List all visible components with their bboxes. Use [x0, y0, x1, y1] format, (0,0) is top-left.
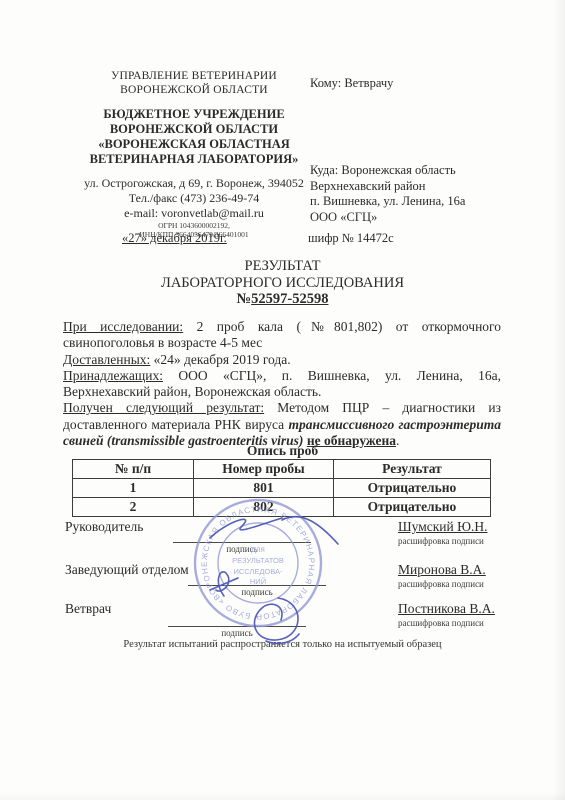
signature-caption: подпись [168, 628, 306, 638]
org-email: e-mail: voronvetlab@mail.ru [58, 206, 330, 221]
addressee: Кому: Ветврачу [310, 76, 393, 91]
scan-edge-shadow-bottom [0, 792, 565, 800]
document-date: «27» декабря 2019г. [122, 231, 227, 246]
cell-sample: 802 [194, 498, 334, 517]
signer-name: Постникова В.А. [398, 601, 495, 617]
signer-name-block: Шумский Ю.Н. расшифровка подписи [398, 519, 487, 546]
signature-field: подпись [188, 562, 326, 597]
scan-edge-shadow [553, 0, 565, 800]
signer-name: Миронова В.А. [398, 562, 486, 578]
signature-field: подпись [173, 519, 311, 554]
signer-role: Ветврач [65, 601, 111, 617]
result-body: При исследовании: 2 проб кала (№801,802)… [63, 319, 501, 449]
signature-row-head-of-department: Заведующий отделом подпись Миронова В.А.… [65, 562, 502, 604]
cell-index: 2 [73, 498, 194, 517]
document-title: РЕЗУЛЬТАТ ЛАБОРАТОРНОГО ИССЛЕДОВАНИЯ №52… [0, 258, 565, 308]
org-phone: Тел./факс (473) 236-49-74 [58, 191, 330, 206]
table-row: 1 801 Отрицательно [73, 479, 491, 498]
signature-line [173, 519, 311, 543]
org-line: ВОРОНЕЖСКОЙ ОБЛАСТИ [58, 122, 330, 137]
signer-role: Заведующий отделом [65, 562, 189, 578]
cell-result: Отрицательно [334, 498, 491, 517]
signer-role: Руководитель [65, 519, 143, 535]
org-line: ВЕТЕРИНАРНАЯ ЛАБОРАТОРИЯ» [58, 152, 330, 167]
signature-field: подпись [168, 603, 306, 638]
table-row: 2 802 Отрицательно [73, 498, 491, 517]
cell-result: Отрицательно [334, 479, 491, 498]
signature-caption: подпись [188, 587, 326, 597]
signature-line [168, 603, 306, 627]
table-caption: Опись проб [0, 443, 565, 459]
letterhead: УПРАВЛЕНИЕ ВЕТЕРИНАРИИ ВОРОНЕЖСКОЙ ОБЛАС… [58, 70, 330, 239]
destination-line: п. Вишневка, ул. Ленина, 16а [310, 194, 465, 210]
department-line: УПРАВЛЕНИЕ ВЕТЕРИНАРИИ [58, 70, 330, 84]
department-line: ВОРОНЕЖСКОЙ ОБЛАСТИ [58, 84, 330, 98]
title-line: РЕЗУЛЬТАТ [0, 258, 565, 275]
signer-name: Шумский Ю.Н. [398, 519, 487, 535]
signature-row-vet: Ветврач подпись Постникова В.А. расшифро… [65, 601, 502, 643]
col-header-sample: Номер пробы [194, 460, 334, 479]
disclaimer-note: Результат испытаний распространяется тол… [0, 639, 565, 650]
col-header-index: № п/п [73, 460, 194, 479]
paragraph-samples: При исследовании: 2 проб кала (№801,802)… [63, 319, 501, 352]
signature-caption: подпись [173, 544, 311, 554]
org-contacts: ул. Острогожская, д 69, г. Воронеж, 3940… [58, 176, 330, 239]
organization-name: БЮДЖЕТНОЕ УЧРЕЖДЕНИЕ ВОРОНЕЖСКОЙ ОБЛАСТИ… [58, 107, 330, 167]
cell-sample: 801 [194, 479, 334, 498]
decode-caption: расшифровка подписи [398, 618, 495, 628]
signature-row-director: Руководитель подпись Шумский Ю.Н. расшиф… [65, 519, 502, 561]
signer-name-block: Постникова В.А. расшифровка подписи [398, 601, 495, 628]
destination-line: Куда: Воронежская область [310, 163, 465, 179]
org-address: ул. Острогожская, д 69, г. Воронеж, 3940… [58, 176, 330, 191]
paragraph-delivered: Доставленных: «24» декабря 2019 года. [63, 352, 501, 368]
decode-caption: расшифровка подписи [398, 579, 486, 589]
signature-line [188, 562, 326, 586]
destination-address: Куда: Воронежская область Верхнехавский … [310, 163, 465, 225]
result-number: №52597-52598 [0, 291, 565, 308]
table-header-row: № п/п Номер пробы Результат [73, 460, 491, 479]
org-line: БЮДЖЕТНОЕ УЧРЕЖДЕНИЕ [58, 107, 330, 122]
paragraph-owner: Принадлежащих: ООО «СГЦ», п. Вишневка, у… [63, 368, 501, 401]
decode-caption: расшифровка подписи [398, 536, 487, 546]
org-ogrn: ОГРН 1043600002192, [58, 221, 330, 230]
destination-line: Верхнехавский район [310, 179, 465, 195]
title-line: ЛАБОРАТОРНОГО ИССЛЕДОВАНИЯ [0, 275, 565, 292]
destination-line: ООО «СГЦ» [310, 210, 465, 226]
samples-table: № п/п Номер пробы Результат 1 801 Отрица… [72, 459, 491, 517]
signer-name-block: Миронова В.А. расшифровка подписи [398, 562, 486, 589]
cipher-number: шифр № 14472с [308, 231, 394, 246]
col-header-result: Результат [334, 460, 491, 479]
lab-result-document: УПРАВЛЕНИЕ ВЕТЕРИНАРИИ ВОРОНЕЖСКОЙ ОБЛАС… [0, 0, 565, 800]
cell-index: 1 [73, 479, 194, 498]
org-line: «ВОРОНЕЖСКАЯ ОБЛАСТНАЯ [58, 137, 330, 152]
